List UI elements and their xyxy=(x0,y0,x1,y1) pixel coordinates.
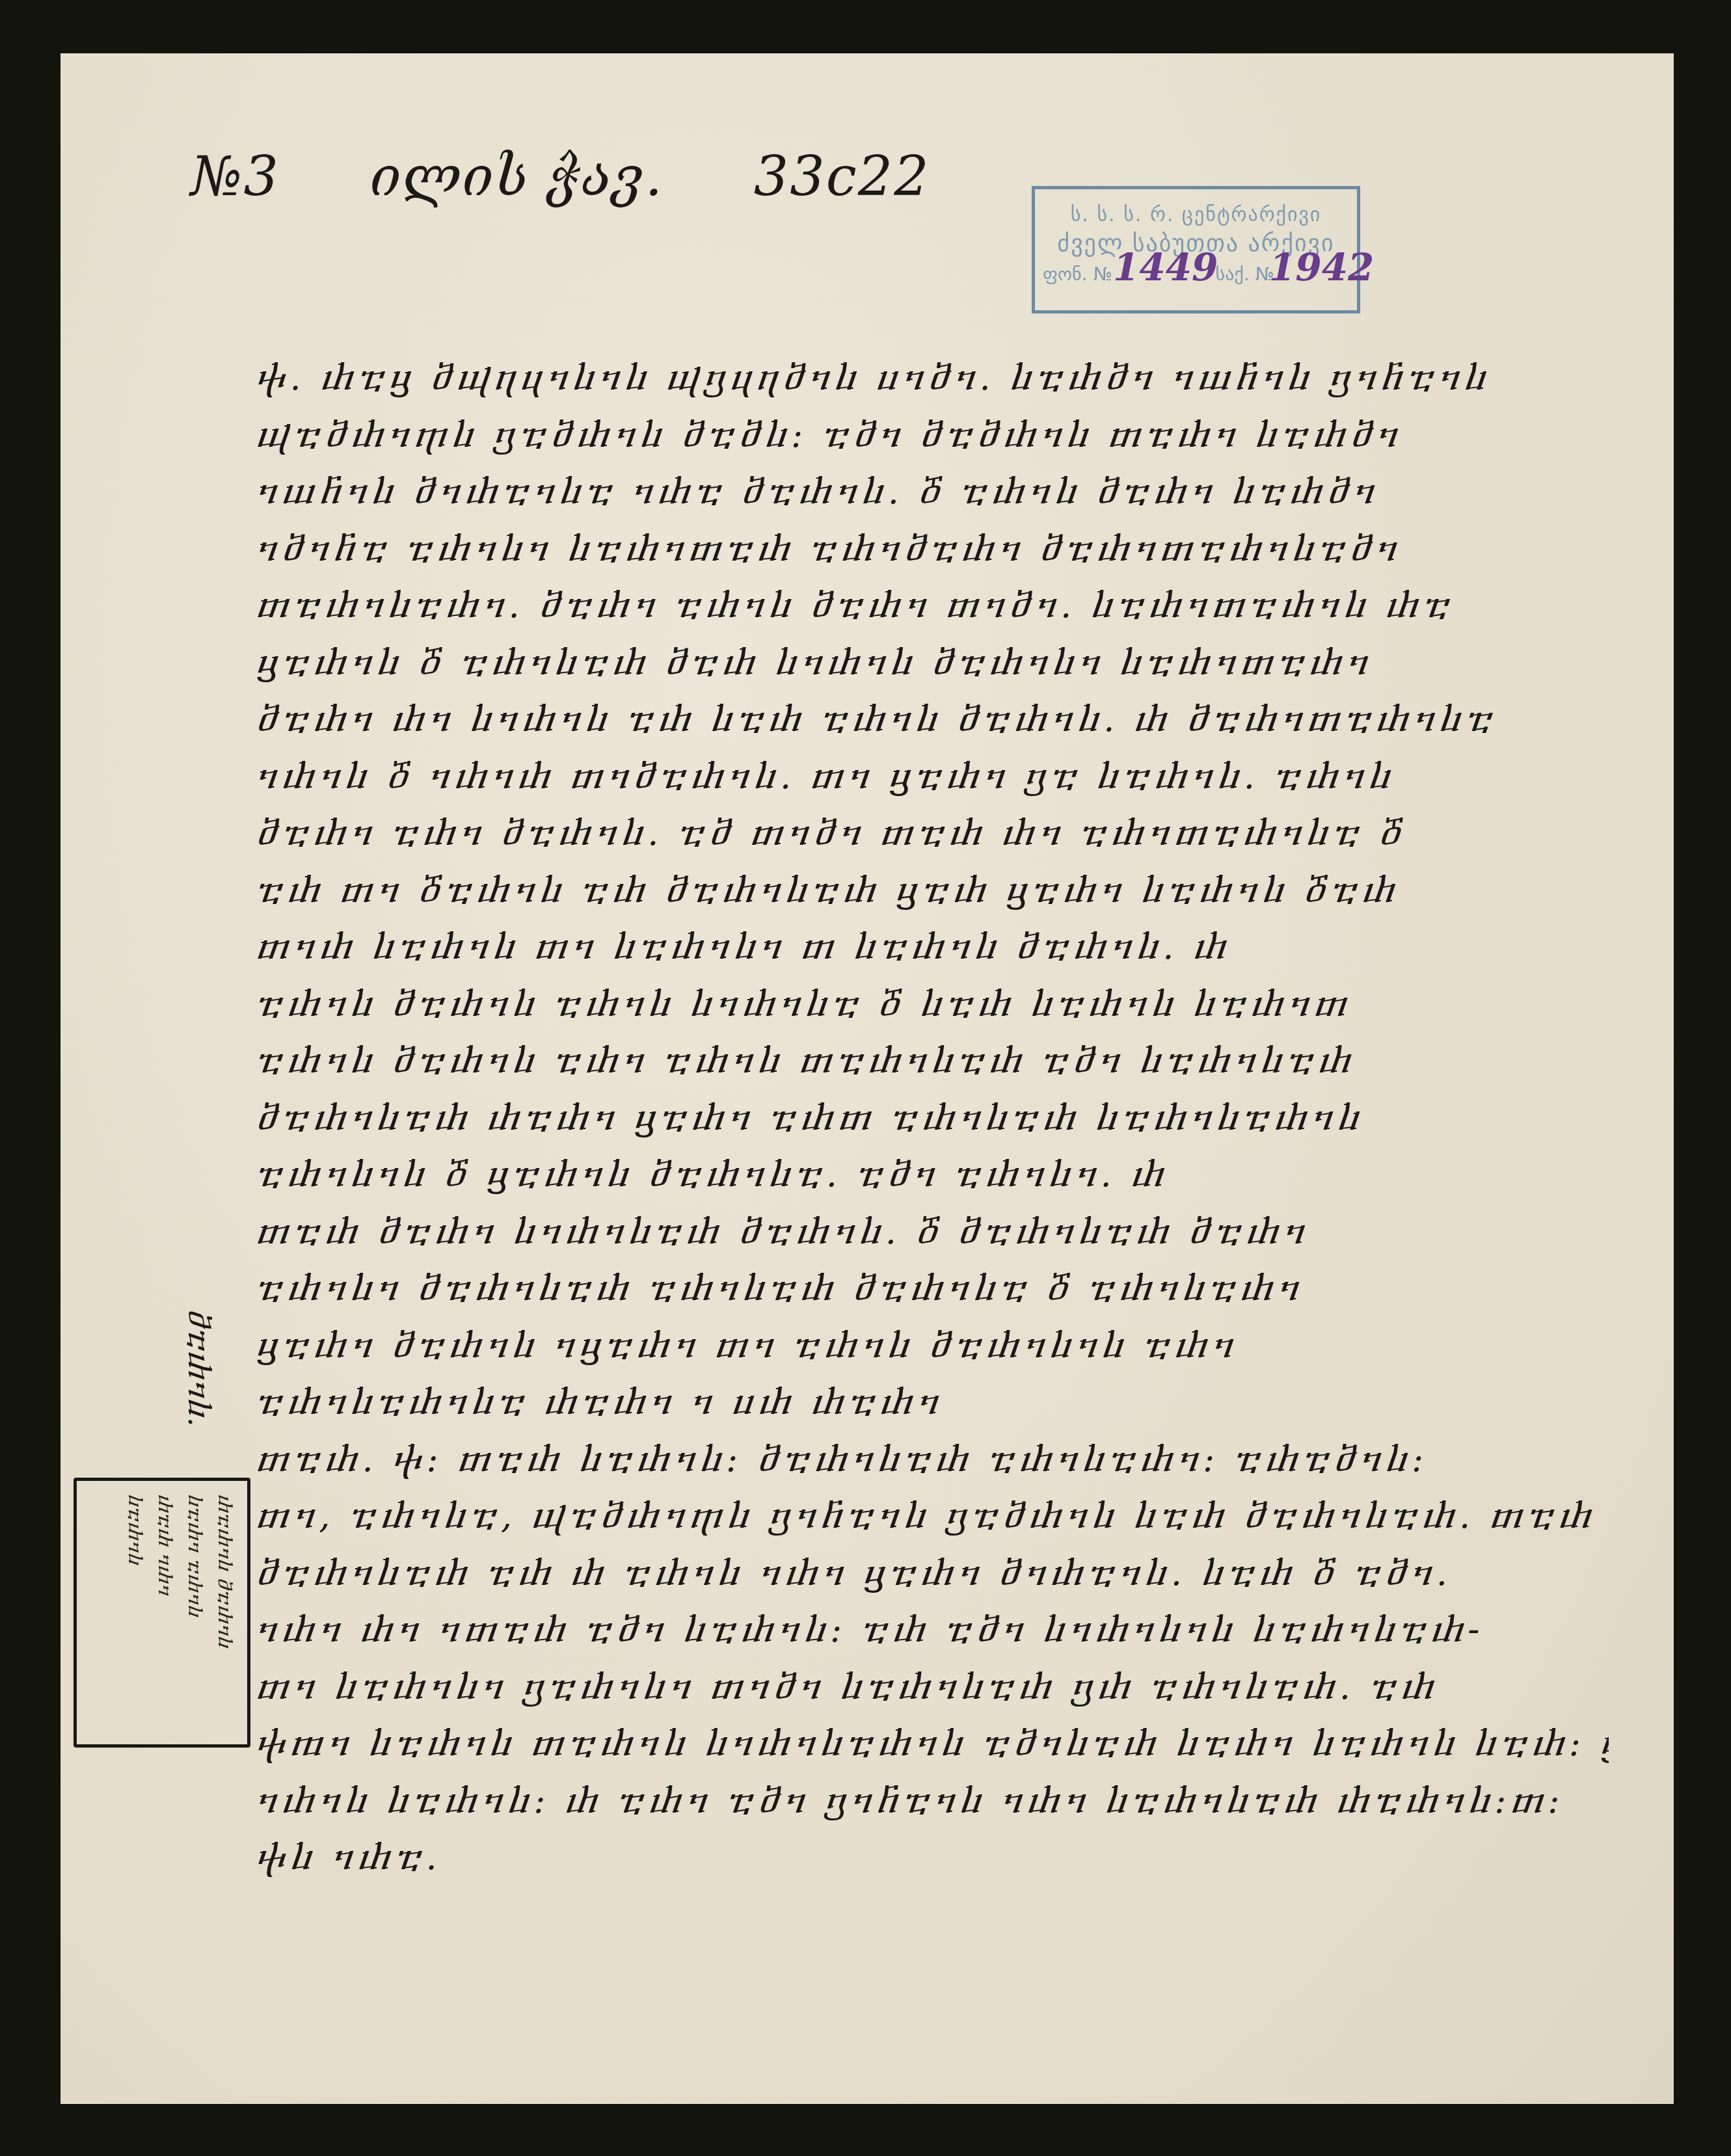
text-line: ⴈⴍⴌⴈⴑ ⴋⴈⴐⴀⴈⴑⴀ ⴈⴐⴀ ⴋⴀⴐⴈⴑ. ⴃ ⴀⴐⴈⴑ ⴋⴀⴐⴈ ⴑⴀⴐ… xyxy=(256,463,1609,520)
text-line: ⴀⴐⴈⴑⴈⴑ ⴃ ⴁⴀⴐⴈⴑ ⴋⴀⴐⴈⴑⴀ. ⴀⴋⴈ ⴀⴐⴈⴑⴈ. ⴐ xyxy=(256,1146,1609,1203)
header-number: 33c22 xyxy=(754,144,930,208)
text-line: ⴀⴐⴈⴑ ⴋⴀⴐⴈⴑ ⴀⴐⴈ ⴀⴐⴈⴑ ⴇⴀⴐⴈⴑⴀⴐ ⴀⴋⴈ ⴑⴀⴐⴈⴑⴀⴐ xyxy=(256,1032,1609,1089)
text-line: ⴋⴀⴐⴈⴑⴀⴐ ⴀⴐ ⴐ ⴀⴐⴈⴑ ⴈⴐⴈ ⴁⴀⴐⴈ ⴋⴈⴐⴀⴈⴑ. ⴑⴀⴐ ⴃ… xyxy=(256,1545,1609,1602)
manuscript-page: №3 ილის ჭავ. 33c22 ს. ს. ს. რ. ცენტრარქი… xyxy=(60,53,1674,2104)
file-label: საქ. № xyxy=(1216,263,1274,285)
text-line: ⴇⴀⴐⴈⴑⴀⴐⴈ. ⴋⴀⴐⴈ ⴀⴐⴈⴑ ⴋⴀⴐⴈ ⴇⴈⴋⴈ. ⴑⴀⴐⴈⴇⴀⴐⴈⴑ… xyxy=(256,577,1609,634)
text-line: ⴇⴀⴐ. ⴕ: ⴇⴀⴐ ⴑⴀⴐⴈⴑ: ⴋⴀⴐⴈⴑⴀⴐ ⴀⴐⴈⴑⴀⴐⴈ: ⴀⴐⴀⴋ… xyxy=(256,1431,1609,1488)
text-line: ⴀⴐ ⴇⴈ ⴃⴀⴐⴈⴑ ⴀⴐ ⴋⴀⴐⴈⴑⴀⴐ ⴁⴀⴐ ⴁⴀⴐⴈ ⴑⴀⴐⴈⴑ ⴃⴀ… xyxy=(256,862,1609,919)
manuscript-body: ⴕ. ⴐⴀⴁ ⴋⴓⴄⴗⴈⴑⴈⴑ ⴓⴂⴗⴄⴋⴈⴑ ⴎⴈⴋⴈ. ⴑⴀⴐⴋⴈ ⴈⴍⴌⴈ… xyxy=(256,349,1609,1886)
text-line: ⴈⴐⴈ ⴐⴈ ⴈⴇⴀⴐ ⴀⴋⴈ ⴑⴀⴐⴈⴑ: ⴀⴐ ⴀⴋⴈ ⴑⴈⴐⴈⴑⴈⴑ ⴑⴀ… xyxy=(256,1601,1609,1658)
text-line: ⴁⴀⴐⴈ ⴋⴀⴐⴈⴑ ⴈⴁⴀⴐⴈ ⴇⴈ ⴀⴐⴈⴑ ⴋⴀⴐⴈⴑⴈⴑ ⴀⴐⴈ xyxy=(256,1317,1609,1374)
margin-note-line: ⴑⴀⴐⴈⴑ xyxy=(120,1494,150,1648)
text-line: ⴇⴀⴐ ⴋⴀⴐⴈ ⴑⴈⴐⴈⴑⴀⴐ ⴋⴀⴐⴈⴑ. ⴃ ⴋⴀⴐⴈⴑⴀⴐ ⴋⴀⴐⴈ xyxy=(256,1203,1609,1260)
text-line: ⴇⴈⴐ ⴑⴀⴐⴈⴑ ⴇⴈ ⴑⴀⴐⴈⴑⴈ ⴇ ⴑⴀⴐⴈⴑ ⴋⴀⴐⴈⴑ. ⴐ xyxy=(256,918,1609,976)
margin-note: ⴋⴀⴐⴈⴑ. xyxy=(181,1309,217,1427)
text-line: ⴀⴐⴈⴑⴀⴐⴈⴑⴀ ⴐⴀⴐⴈ ⴈ ⴎⴐ ⴐⴀⴐⴈ xyxy=(256,1374,1609,1431)
margin-note-text: ⴐⴀⴐⴈⴑ ⴋⴀⴐⴈⴑ ⴑⴀⴐⴈ ⴀⴐⴈⴑ ⴐⴀⴐ ⴈⴐⴈ ⴑⴀⴐⴈⴑ xyxy=(120,1494,239,1648)
stamp-line-1: ს. ს. ს. რ. ცენტრარქივი xyxy=(1035,204,1357,226)
text-line: ⴇⴈ, ⴀⴐⴈⴑⴀ, ⴓⴀⴋⴐⴈⴅⴑ ⴂⴈⴌⴀⴈⴑ ⴂⴀⴋⴐⴈⴑ ⴑⴀⴐ ⴋⴀⴐ… xyxy=(256,1487,1609,1545)
reference-number: №3 xyxy=(191,144,280,208)
margin-note-line: ⴐⴀⴐⴈⴑ ⴋⴀⴐⴈⴑ xyxy=(209,1494,239,1648)
text-line: ⴈⴐⴈⴑ ⴃ ⴈⴐⴈⴐ ⴇⴈⴋⴀⴐⴈⴑ. ⴇⴈ ⴁⴀⴐⴈ ⴂⴀ ⴑⴀⴐⴈⴑ. ⴀ… xyxy=(256,748,1609,805)
text-line: ⴈⴐⴈⴑ ⴑⴀⴐⴈⴑ: ⴐ ⴀⴐⴈ ⴀⴋⴈ ⴂⴈⴌⴀⴈⴑ ⴈⴐⴈ ⴑⴀⴐⴈⴑⴀⴐ… xyxy=(256,1772,1609,1830)
file-number: 1942 xyxy=(1269,245,1374,289)
boxed-margin-note: ⴐⴀⴐⴈⴑ ⴋⴀⴐⴈⴑ ⴑⴀⴐⴈ ⴀⴐⴈⴑ ⴐⴀⴐ ⴈⴐⴈ ⴑⴀⴐⴈⴑ xyxy=(74,1478,250,1748)
margin-note-line: ⴐⴀⴐ ⴈⴐⴈ xyxy=(150,1494,180,1648)
fond-number: 1449 xyxy=(1113,245,1218,289)
text-line: ⴕⴑ ⴈⴐⴀ. xyxy=(256,1829,1609,1886)
page-header: №3 ილის ჭავ. 33c22 xyxy=(191,144,1002,208)
margin-note-line: ⴑⴀⴐⴈ ⴀⴐⴈⴑ xyxy=(180,1494,209,1648)
fond-label: ფონ. № xyxy=(1043,263,1112,285)
header-note: ილის ჭავ. xyxy=(370,144,664,208)
stamp-line-3: ფონ. № საქ. № 1449 1942 xyxy=(1035,263,1357,285)
text-line: ⴇⴈ ⴑⴀⴐⴈⴑⴈ ⴂⴀⴐⴈⴑⴈ ⴇⴈⴋⴈ ⴑⴀⴐⴈⴑⴀⴐ ⴂⴐ ⴀⴐⴈⴑⴀⴐ.… xyxy=(256,1658,1609,1716)
archive-stamp: ს. ს. ს. რ. ცენტრარქივი ძველ საბუთთა არქ… xyxy=(1032,186,1360,313)
text-line: ⴋⴀⴐⴈ ⴀⴐⴈ ⴋⴀⴐⴈⴑ. ⴀⴋ ⴇⴈⴋⴈ ⴇⴀⴐ ⴐⴈ ⴀⴐⴈⴇⴀⴐⴈⴑⴀ… xyxy=(256,805,1609,862)
text-line: ⴕⴊⴈ ⴑⴀⴐⴈⴑ ⴇⴀⴐⴈⴑ ⴑⴈⴐⴈⴑⴀⴐⴈⴑ ⴀⴋⴈⴑⴀⴐ ⴑⴀⴐⴈ ⴑⴀ… xyxy=(256,1715,1609,1772)
text-line: ⴁⴀⴐⴈⴑ ⴃ ⴀⴐⴈⴑⴀⴐ ⴋⴀⴐ ⴑⴈⴐⴈⴑ ⴋⴀⴐⴈⴑⴈ ⴑⴀⴐⴈⴇⴀⴐⴈ xyxy=(256,634,1609,691)
text-line: ⴋⴀⴐⴈⴑⴀⴐ ⴐⴀⴐⴈ ⴁⴀⴐⴈ ⴀⴐⴇ ⴀⴐⴈⴑⴀⴐ ⴑⴀⴐⴈⴑⴀⴐⴈⴑ xyxy=(256,1089,1609,1147)
text-line: ⴋⴀⴐⴈ ⴐⴈ ⴑⴈⴐⴈⴑ ⴀⴐ ⴑⴀⴐ ⴀⴐⴈⴑ ⴋⴀⴐⴈⴑ. ⴐ ⴋⴀⴐⴈⴇ… xyxy=(256,691,1609,748)
text-line: ⴕ. ⴐⴀⴁ ⴋⴓⴄⴗⴈⴑⴈⴑ ⴓⴂⴗⴄⴋⴈⴑ ⴎⴈⴋⴈ. ⴑⴀⴐⴋⴈ ⴈⴍⴌⴈ… xyxy=(256,349,1609,406)
text-line: ⴀⴐⴈⴑ ⴋⴀⴐⴈⴑ ⴀⴐⴈⴑ ⴑⴈⴐⴈⴑⴀ ⴃ ⴑⴀⴐ ⴑⴀⴐⴈⴑ ⴑⴀⴐⴈⴇ xyxy=(256,976,1609,1033)
text-line: ⴓⴀⴋⴐⴈⴅⴑ ⴂⴀⴋⴐⴈⴑ ⴋⴀⴋⴑ: ⴀⴋⴈ ⴋⴀⴋⴐⴈⴑ ⴇⴀⴐⴈ ⴑⴀⴐ… xyxy=(256,406,1609,464)
text-line: ⴈⴋⴈⴌⴀ ⴀⴐⴈⴑⴈ ⴑⴀⴐⴈⴇⴀⴐ ⴀⴐⴈⴋⴀⴐⴈ ⴋⴀⴐⴈⴇⴀⴐⴈⴑⴀⴋⴈ xyxy=(256,520,1609,578)
text-line: ⴀⴐⴈⴑⴈ ⴋⴀⴐⴈⴑⴀⴐ ⴀⴐⴈⴑⴀⴐ ⴋⴀⴐⴈⴑⴀ ⴃ ⴀⴐⴈⴑⴀⴐⴈ xyxy=(256,1260,1609,1317)
